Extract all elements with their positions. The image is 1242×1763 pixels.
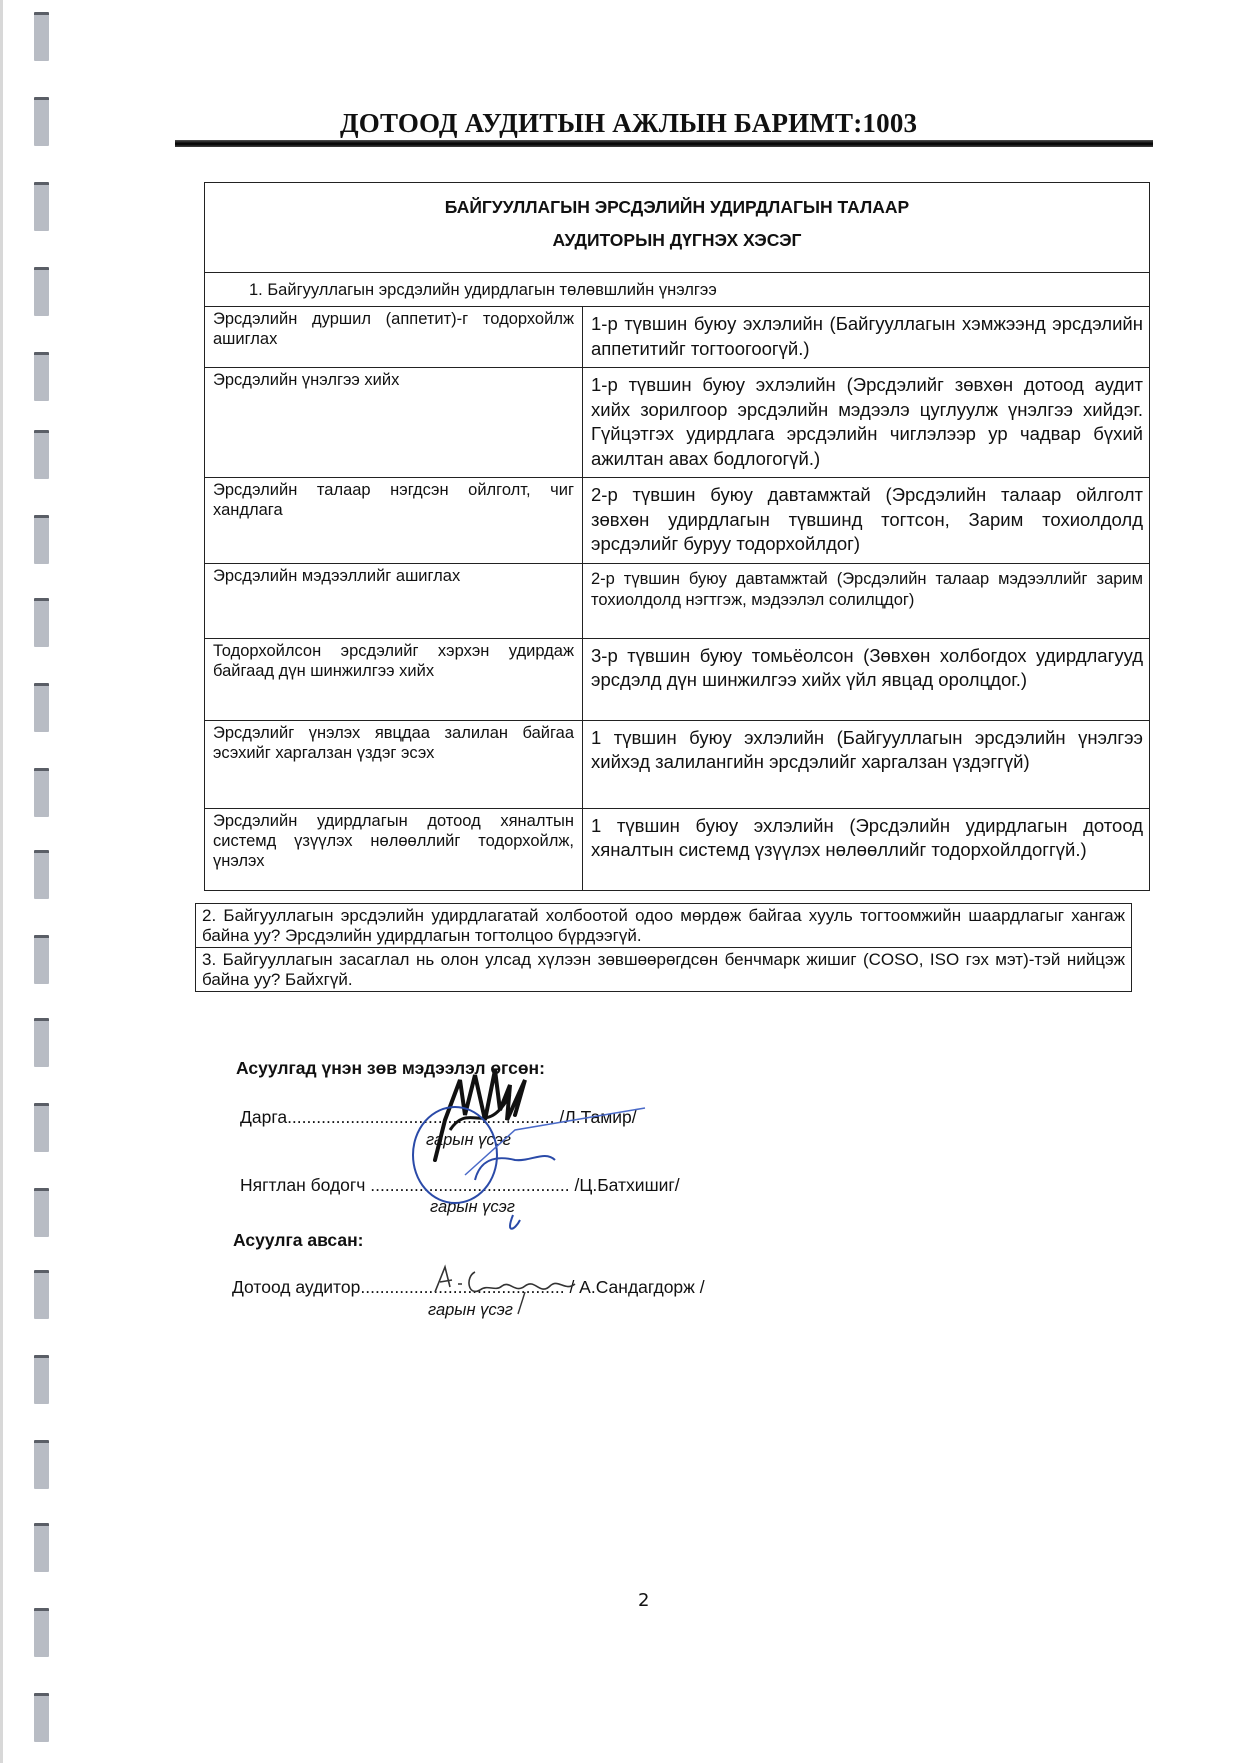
binding-hole: [34, 683, 49, 732]
table-row: Тодорхойлсон эрсдэлийг хэрхэн удирдаж ба…: [205, 638, 1150, 720]
assessment-cell: 2-р түвшин буюу давтамжтай (Эрсдэлийн та…: [583, 563, 1150, 638]
section1-title: 1. Байгууллагын эрсдэлийн удирдлагын төл…: [205, 273, 1150, 307]
page-number: 2: [638, 1590, 649, 1611]
table-row: Эрсдэлийн удирдлагын дотоод хяналтын сис…: [205, 808, 1150, 890]
table-row: Эрсдэлийн дуршил (аппетит)-г тодорхойлж …: [205, 307, 1150, 368]
table-row: Эрсдэлийн мэдээллийг ашиглах 2-р түвшин …: [205, 563, 1150, 638]
assessment-cell: 1-р түвшин буюу эхлэлийн (Эрсдэлийг зөвх…: [583, 368, 1150, 478]
criterion-cell: Эрсдэлийн удирдлагын дотоод хяналтын сис…: [205, 808, 583, 890]
binding-hole: [34, 1355, 49, 1404]
document-title: ДОТООД АУДИТЫН АЖЛЫН БАРИМТ:1003: [340, 108, 980, 139]
binding-hole: [34, 1188, 49, 1237]
binding-hole: [34, 515, 49, 564]
table-row: Эрсдэлийн талаар нэгдсэн ойлголт, чиг ха…: [205, 478, 1150, 564]
auditor-signature-scribble: [430, 1262, 590, 1317]
director-label: Дарга: [240, 1107, 287, 1127]
accountant-label: Нягтлан бодогч: [240, 1175, 365, 1195]
binding-hole: [34, 1440, 49, 1489]
binding-hole: [34, 1693, 49, 1742]
question-3: 3. Байгууллагын засаглал нь олон улсад х…: [196, 948, 1132, 992]
criterion-cell: Эрсдэлийн үнэлгээ хийх: [205, 368, 583, 478]
question-2: 2. Байгууллагын эрсдэлийн удирдлагатай х…: [196, 904, 1132, 948]
questions-table: 2. Байгууллагын эрсдэлийн удирдлагатай х…: [195, 903, 1132, 992]
binding-hole: [34, 430, 49, 479]
criterion-cell: Эрсдэлийн талаар нэгдсэн ойлголт, чиг ха…: [205, 478, 583, 564]
maturity-assessment-table: БАЙГУУЛЛАГЫН ЭРСДЭЛИЙН УДИРДЛАГЫН ТАЛААР…: [204, 182, 1150, 891]
binding-hole: [34, 850, 49, 899]
assessment-cell: 2-р түвшин буюу давтамжтай (Эрсдэлийн та…: [583, 478, 1150, 564]
title-rule: [175, 140, 1153, 147]
binding-hole: [34, 97, 49, 146]
binding-hole: [34, 352, 49, 401]
criterion-cell: Эрсдэлийн мэдээллийг ашиглах: [205, 563, 583, 638]
table-header-line2: АУДИТОРЫН ДҮГНЭХ ХЭСЭГ: [206, 224, 1148, 257]
binding-hole: [34, 182, 49, 231]
binding-hole: [34, 1018, 49, 1067]
binding-hole: [34, 12, 49, 61]
taken-heading: Асуулга авсан:: [233, 1230, 364, 1251]
binding-hole: [34, 935, 49, 984]
auditor-label: Дотоод аудитор: [232, 1277, 360, 1297]
criterion-cell: Эрсдэлийн дуршил (аппетит)-г тодорхойлж …: [205, 307, 583, 368]
assessment-cell: 1-р түвшин буюу эхлэлийн (Байгууллагын х…: [583, 307, 1150, 368]
assessment-cell: 1 түвшин буюу эхлэлийн (Байгууллагын эрс…: [583, 720, 1150, 808]
page-edge: [0, 0, 3, 1763]
binding-hole: [34, 768, 49, 817]
criterion-cell: Эрсдэлийг үнэлэх явцдаа залилан байгаа э…: [205, 720, 583, 808]
table-row: Эрсдэлийн үнэлгээ хийх 1-р түвшин буюу э…: [205, 368, 1150, 478]
table-header-line1: БАЙГУУЛЛАГЫН ЭРСДЭЛИЙН УДИРДЛАГЫН ТАЛААР: [206, 191, 1148, 224]
binding-hole: [34, 1608, 49, 1657]
binding-hole: [34, 1103, 49, 1152]
assessment-cell: 1 түвшин буюу эхлэлийн (Эрсдэлийн удирдл…: [583, 808, 1150, 890]
assessment-cell: 3-р түвшин буюу томьёолсон (Зөвхөн холбо…: [583, 638, 1150, 720]
binding-hole: [34, 1270, 49, 1319]
criterion-cell: Тодорхойлсон эрсдэлийг хэрхэн удирдаж ба…: [205, 638, 583, 720]
binding-hole: [34, 1523, 49, 1572]
binding-hole: [34, 598, 49, 647]
accountant-signature-scribble: [405, 1100, 655, 1240]
table-header: БАЙГУУЛЛАГЫН ЭРСДЭЛИЙН УДИРДЛАГЫН ТАЛААР…: [205, 183, 1150, 273]
binding-hole: [34, 267, 49, 316]
table-row: Эрсдэлийг үнэлэх явцдаа залилан байгаа э…: [205, 720, 1150, 808]
